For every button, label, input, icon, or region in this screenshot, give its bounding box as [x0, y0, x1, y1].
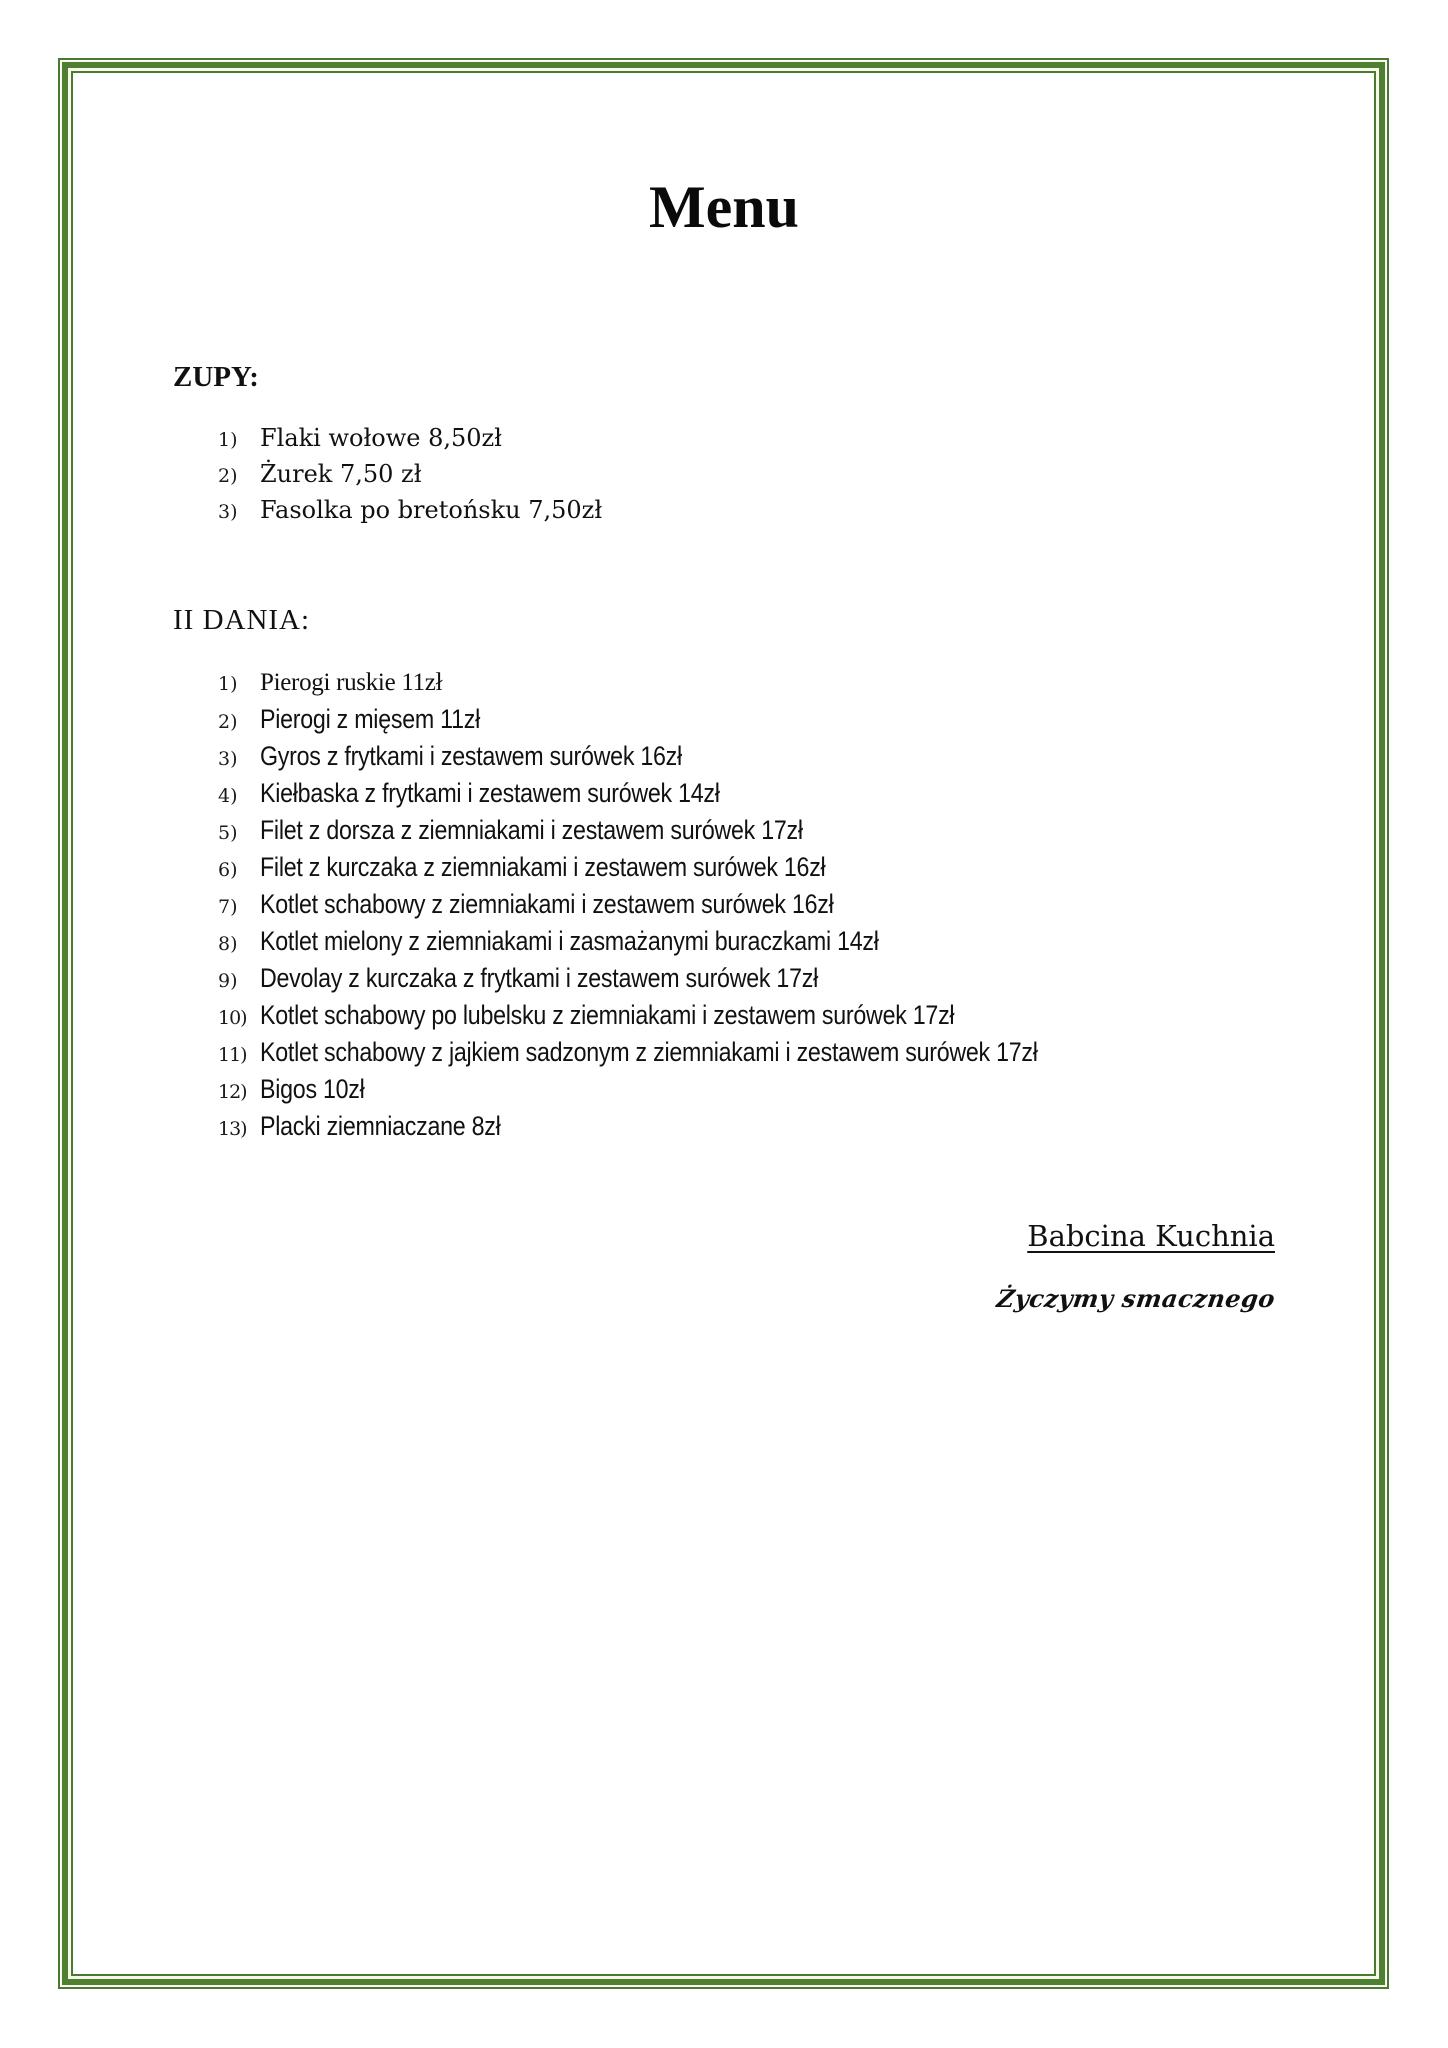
item-label: Gyros z frytkami i zestawem surówek 16zł [260, 738, 682, 775]
item-label: Filet z kurczaka z ziemniakami i zestawe… [260, 849, 825, 886]
item-label: Kotlet mielony z ziemniakami i zasmażany… [260, 923, 879, 960]
list-item: 8) Kotlet mielony z ziemniakami i zasmaż… [218, 923, 1164, 960]
signature-block: Babcina Kuchnia Życzymy smacznego [997, 1216, 1275, 1313]
list-item: 1) Pierogi ruskie 11zł [218, 664, 1164, 701]
closing-wish: Życzymy smacznego [995, 1284, 1277, 1313]
mains-list: 1) Pierogi ruskie 11zł 2) Pierogi z mięs… [218, 664, 1164, 1145]
item-number: 10) [218, 1000, 260, 1037]
item-number: 4) [218, 778, 260, 815]
item-label: Kotlet schabowy z ziemniakami i zestawem… [260, 886, 834, 923]
item-label: Fasolka po bretońsku 7,50zł [260, 492, 602, 528]
list-item: 2) Pierogi z mięsem 11zł [218, 701, 1164, 738]
item-label: Devolay z kurczaka z frytkami i zestawem… [260, 960, 818, 997]
mains-heading: II DANIA: [173, 603, 310, 637]
list-item: 11) Kotlet schabowy z jajkiem sadzonym z… [218, 1034, 1164, 1071]
list-item: 13) Placki ziemniaczane 8zł [218, 1108, 1164, 1145]
list-item: 12) Bigos 10zł [218, 1071, 1164, 1108]
item-label: Pierogi ruskie 11zł [260, 664, 442, 701]
list-item: 1) Flaki wołowe 8,50zł [218, 420, 602, 456]
item-label: Pierogi z mięsem 11zł [260, 701, 480, 738]
list-item: 4) Kiełbaska z frytkami i zestawem surów… [218, 775, 1164, 812]
item-number: 1) [218, 422, 260, 458]
list-item: 9) Devolay z kurczaka z frytkami i zesta… [218, 960, 1164, 997]
list-item: 7) Kotlet schabowy z ziemniakami i zesta… [218, 886, 1164, 923]
item-number: 5) [218, 815, 260, 852]
list-item: 6) Filet z kurczaka z ziemniakami i zest… [218, 849, 1164, 886]
item-label: Kotlet schabowy z jajkiem sadzonym z zie… [260, 1034, 1038, 1071]
list-item: 10) Kotlet schabowy po lubelsku z ziemni… [218, 997, 1164, 1034]
list-item: 2) Żurek 7,50 zł [218, 456, 602, 492]
item-number: 2) [218, 704, 260, 741]
item-number: 2) [218, 458, 260, 494]
item-label: Bigos 10zł [260, 1071, 365, 1108]
item-label: Flaki wołowe 8,50zł [260, 420, 502, 456]
item-number: 8) [218, 926, 260, 963]
soups-list: 1) Flaki wołowe 8,50zł 2) Żurek 7,50 zł … [218, 420, 602, 528]
item-label: Żurek 7,50 zł [260, 456, 421, 492]
item-number: 13) [218, 1111, 260, 1148]
item-number: 6) [218, 852, 260, 889]
item-label: Placki ziemniaczane 8zł [260, 1108, 501, 1145]
list-item: 5) Filet z dorsza z ziemniakami i zestaw… [218, 812, 1164, 849]
page-title: Menu [0, 172, 1448, 242]
item-number: 1) [218, 666, 260, 703]
item-number: 9) [218, 963, 260, 1000]
item-number: 3) [218, 494, 260, 530]
item-label: Kotlet schabowy po lubelsku z ziemniakam… [260, 997, 954, 1034]
item-label: Filet z dorsza z ziemniakami i zestawem … [260, 812, 803, 849]
list-item: 3) Fasolka po bretońsku 7,50zł [218, 492, 602, 528]
item-number: 3) [218, 741, 260, 778]
restaurant-name: Babcina Kuchnia [997, 1216, 1275, 1256]
item-number: 11) [218, 1037, 260, 1074]
list-item: 3) Gyros z frytkami i zestawem surówek 1… [218, 738, 1164, 775]
item-number: 12) [218, 1074, 260, 1111]
item-number: 7) [218, 889, 260, 926]
soups-heading: ZUPY: [173, 360, 259, 394]
item-label: Kiełbaska z frytkami i zestawem surówek … [260, 775, 720, 812]
